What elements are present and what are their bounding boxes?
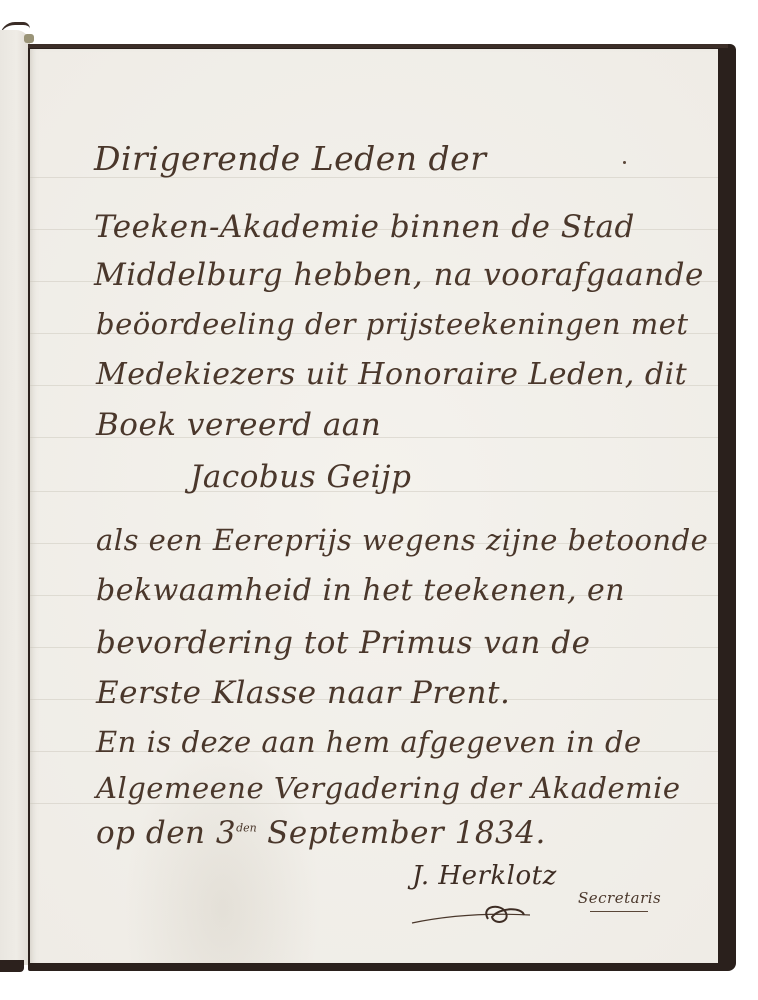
title-underline [590, 911, 648, 912]
date-month-year: September 1834. [267, 815, 546, 851]
text-line-5: Medekiezers uit Honoraire Leden, dit [96, 357, 687, 392]
book-photograph: Dirigerende Leden der Teeken-Akademie bi… [0, 0, 758, 1000]
text-line-8: bekwaamheid in het teekenen, en [96, 573, 625, 608]
left-cover-bottom-edge [0, 960, 24, 972]
text-line-2: Teeken-Akademie binnen de Stad [94, 209, 635, 245]
text-line-1: Dirigerende Leden der [94, 139, 486, 178]
date-prefix: op den 3 [96, 815, 236, 851]
right-page: Dirigerende Leden der Teeken-Akademie bi… [30, 49, 718, 963]
cover-top-edge [28, 44, 728, 48]
text-line-7: als een Eereprijs wegens zijne betoonde [96, 523, 708, 557]
text-line-6: Boek vereerd aan [96, 407, 381, 443]
left-facing-page [0, 30, 30, 965]
signature-name: J. Herklotz [412, 861, 557, 891]
text-line-10: Eerste Klasse naar Prent. [96, 675, 510, 711]
day-suffix: den [236, 822, 257, 835]
signature-flourish-icon [410, 901, 560, 929]
signature-title: Secretaris [578, 889, 661, 907]
text-line-4: beöordeeling der prijsteekeningen met [96, 307, 689, 341]
text-line-9: bevordering tot Primus van de [96, 625, 590, 661]
text-line-12: Algemeene Vergadering der Akademie [96, 771, 681, 805]
text-line-3: Middelburg hebben, na voorafgaande [94, 257, 704, 293]
headband [24, 34, 34, 43]
recipient-name: Jacobus Geijp [190, 459, 412, 495]
date-line: op den 3den September 1834. [96, 815, 546, 851]
ink-dot [623, 161, 626, 164]
text-line-11: En is deze aan hem afgegeven in de [96, 725, 642, 759]
